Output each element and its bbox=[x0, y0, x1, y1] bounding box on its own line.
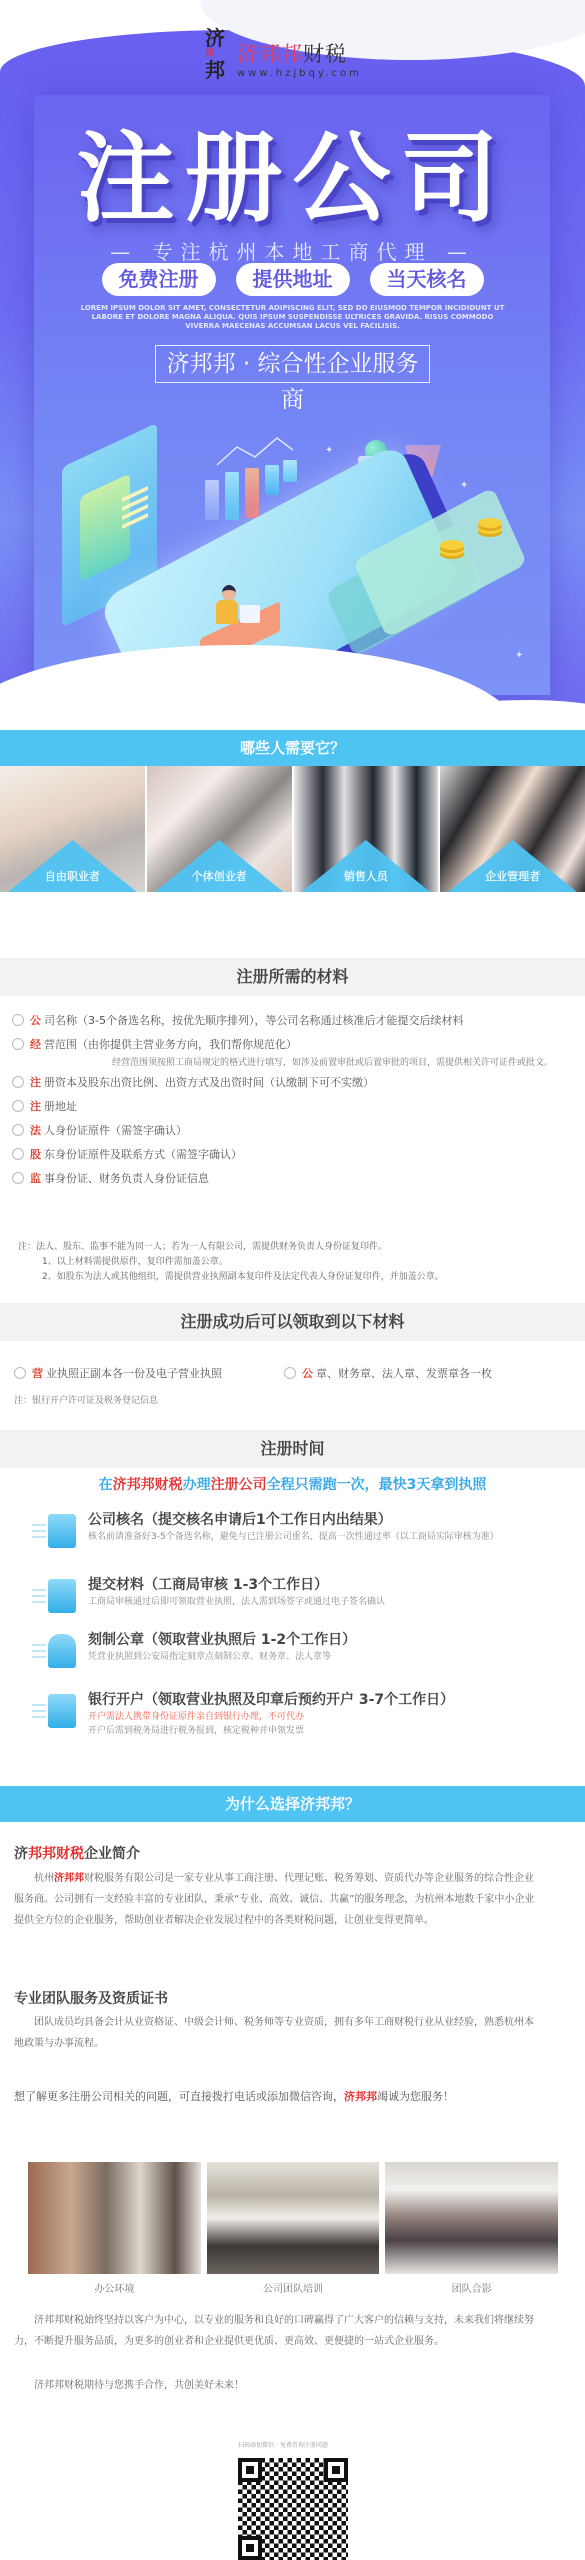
timeline-step: 刻制公章（领取营业执照后 1-2个工作日）凭营业执照到公安局指定刻章点刻制公章、… bbox=[30, 1630, 560, 1670]
list-item: 公司名称（3-5个备选名称，按优先顺序排列），等公司名称通过核准后才能提交后续材… bbox=[12, 1008, 572, 1032]
qr-code-icon[interactable] bbox=[238, 2458, 348, 2560]
list-item: 公章、财务章、法人章、发票章各一枚 bbox=[284, 1365, 554, 1381]
hero-tagline: 济邦邦 · 综合性企业服务商 bbox=[155, 345, 430, 383]
who-card-label: 销售人员 bbox=[294, 868, 439, 884]
list-item: 股东身份证原件及联系方式（需签字确认） bbox=[12, 1142, 572, 1166]
company-intro-heading: 济邦邦财税企业简介 bbox=[14, 1843, 140, 1863]
sparkle-icon: ✦ bbox=[460, 480, 468, 491]
section-header-registration-time: 注册时间 bbox=[0, 1430, 585, 1468]
list-item: 监事身份证、财务负责人身份证信息 bbox=[12, 1166, 572, 1190]
photo-office-front bbox=[28, 2162, 201, 2274]
materials-list: 公司名称（3-5个备选名称，按优先顺序排列），等公司名称通过核准后才能提交后续材… bbox=[12, 1008, 572, 1190]
coin-stack-icon bbox=[478, 518, 502, 528]
timeline-step: 银行开户（领取营业执照及印章后预约开户 3-7个工作日）开户需法人携带身份证原件… bbox=[30, 1690, 560, 1738]
contact-cta[interactable]: 想了解更多注册公司相关的问题，可直接拨打电话或添加微信咨询，济邦邦竭诚为您服务！ bbox=[14, 2088, 574, 2104]
person-icon bbox=[222, 585, 236, 601]
trend-line-icon bbox=[215, 435, 295, 470]
section-header-why-choose: 为什么选择济邦邦？ bbox=[0, 1786, 585, 1822]
stamp-icon bbox=[30, 1630, 76, 1670]
coin-stack-icon bbox=[440, 540, 464, 550]
name-check-icon bbox=[30, 1510, 76, 1550]
hero-placeholder-text: Lorem ipsum dolor sit amet, consectetur … bbox=[80, 304, 505, 331]
list-item-note: 注：银行开户许可证及税务登记信息 bbox=[14, 1386, 574, 1412]
sparkle-icon: ✦ bbox=[515, 650, 523, 661]
bullet-circle-icon bbox=[12, 1038, 24, 1050]
closing-paragraph: 济邦邦财税期待与您携手合作，共创美好未来！ bbox=[14, 2375, 539, 2396]
monitor-icon bbox=[240, 605, 260, 623]
logo-url: www.hzjbqy.com bbox=[237, 68, 362, 79]
section-header-who-needs: 哪些人需要它？ bbox=[0, 730, 585, 766]
list-item: 法人身份证原件（需签字确认） bbox=[12, 1118, 572, 1142]
list-item-subnote: 经营范围须按照工商局规定的格式进行填写，如涉及前置审批或后置审批的项目，需提供相… bbox=[12, 1056, 572, 1070]
company-photos bbox=[28, 2162, 558, 2274]
list-item: 注册资本及股东出资比例、出资方式及出资时间（认缴制下可不实缴） bbox=[12, 1070, 572, 1094]
who-card[interactable]: 自由职业者 bbox=[0, 766, 147, 892]
timeline-step: 公司核名（提交核名申请后1个工作日内出结果）核名前请准备好3-5个备选名称，避免… bbox=[30, 1510, 560, 1550]
pill-free-registration[interactable]: 免费注册 bbox=[102, 263, 216, 296]
photo-team-training bbox=[207, 2162, 380, 2274]
timeline-intro: 在济邦邦财税办理注册公司全程只需跑一次，最快3天拿到执照 bbox=[0, 1474, 585, 1494]
bullet-circle-icon bbox=[12, 1076, 24, 1088]
who-card[interactable]: 个体创业者 bbox=[147, 766, 294, 892]
photo-caption: 公司团队培训 bbox=[207, 2280, 380, 2295]
bank-icon bbox=[30, 1690, 76, 1730]
bullet-circle-icon bbox=[14, 1367, 26, 1379]
hero-subtitle: — 专注杭州本地工商代理 — bbox=[0, 236, 585, 265]
chart-bar-icon bbox=[245, 468, 259, 518]
team-paragraph: 团队成员均具备会计从业资格证、中级会计师、税务师等专业资质，拥有多年工商财税行业… bbox=[14, 2012, 539, 2054]
who-card-label: 企业管理者 bbox=[440, 868, 585, 884]
list-item: 注册地址 bbox=[12, 1094, 572, 1118]
photo-caption: 团队合影 bbox=[385, 2280, 558, 2295]
qr-caption: 扫码添加微信 · 免费咨询注册问题 bbox=[228, 2440, 338, 2449]
who-card[interactable]: 销售人员 bbox=[294, 766, 441, 892]
closing-paragraph: 济邦邦财税始终坚持以客户为中心，以专业的服务和良好的口碑赢得了广大客户的信赖与支… bbox=[14, 2310, 539, 2352]
company-intro-paragraph: 杭州济邦邦财税服务有限公司是一家专业从事工商注册、代理记账、税务筹划、资质代办等… bbox=[14, 1868, 539, 1931]
pill-same-day-name-check[interactable]: 当天核名 bbox=[370, 263, 484, 296]
who-card[interactable]: 企业管理者 bbox=[440, 766, 585, 892]
bullet-circle-icon bbox=[12, 1148, 24, 1160]
sparkle-icon: ✦ bbox=[325, 445, 333, 456]
photo-captions: 办公环境 公司团队培训 团队合影 bbox=[28, 2280, 558, 2295]
who-card-label: 自由职业者 bbox=[0, 868, 145, 884]
received-materials-list: 营业执照正副本各一份及电子营业执照 公章、财务章、法人章、发票章各一枚 注：银行… bbox=[14, 1360, 574, 1412]
list-item: 经营范围（由你提供主营业务方向，我们帮你规范化） bbox=[12, 1032, 572, 1056]
who-card-label: 个体创业者 bbox=[147, 868, 292, 884]
pill-address-provided[interactable]: 提供地址 bbox=[236, 263, 350, 296]
team-heading: 专业团队服务及资质证书 bbox=[14, 1988, 168, 2008]
bullet-circle-icon bbox=[12, 1100, 24, 1112]
wechat-qr-block[interactable]: 扫码添加微信 · 免费咨询注册问题 bbox=[218, 2440, 368, 2560]
brand-logo[interactable]: 济 邦 邦 济邦邦财税 www.hzjbqy.com bbox=[205, 30, 362, 79]
bullet-circle-icon bbox=[12, 1124, 24, 1136]
isometric-illustration: ✦ ✦ ✦ ✦ ✦ bbox=[0, 400, 585, 730]
hero-banner: 济 邦 邦 济邦邦财税 www.hzjbqy.com 注册公司 — 专注杭州本地… bbox=[0, 0, 585, 730]
section-header-received-materials: 注册成功后可以领取到以下材料 bbox=[0, 1303, 585, 1341]
chart-bar-icon bbox=[225, 472, 239, 520]
bullet-circle-icon bbox=[12, 1172, 24, 1184]
logo-name: 济邦邦财税 bbox=[237, 38, 362, 68]
list-item: 营业执照正副本各一份及电子营业执照 bbox=[14, 1365, 284, 1381]
chart-bar-icon bbox=[205, 480, 219, 520]
logo-mark-icon: 济 邦 邦 bbox=[205, 30, 233, 78]
bullet-circle-icon bbox=[284, 1367, 296, 1379]
document-submit-icon bbox=[30, 1575, 76, 1615]
section-header-materials: 注册所需的材料 bbox=[0, 958, 585, 996]
feature-pills: 免费注册 提供地址 当天核名 bbox=[0, 263, 585, 296]
timeline-step: 提交材料（工商局审核 1-3个工作日）工商局审核通过后即可领取营业执照，法人需到… bbox=[30, 1575, 560, 1615]
page-title: 注册公司 bbox=[0, 100, 585, 241]
photo-group bbox=[385, 2162, 558, 2274]
materials-notes: 注：法人、股东、监事不能为同一人；若为一人有限公司，需提供财务负责人身份证复印件… bbox=[18, 1240, 558, 1285]
who-needs-grid: 自由职业者 个体创业者 销售人员 企业管理者 bbox=[0, 766, 585, 892]
photo-caption: 办公环境 bbox=[28, 2280, 201, 2295]
bullet-circle-icon bbox=[12, 1014, 24, 1026]
